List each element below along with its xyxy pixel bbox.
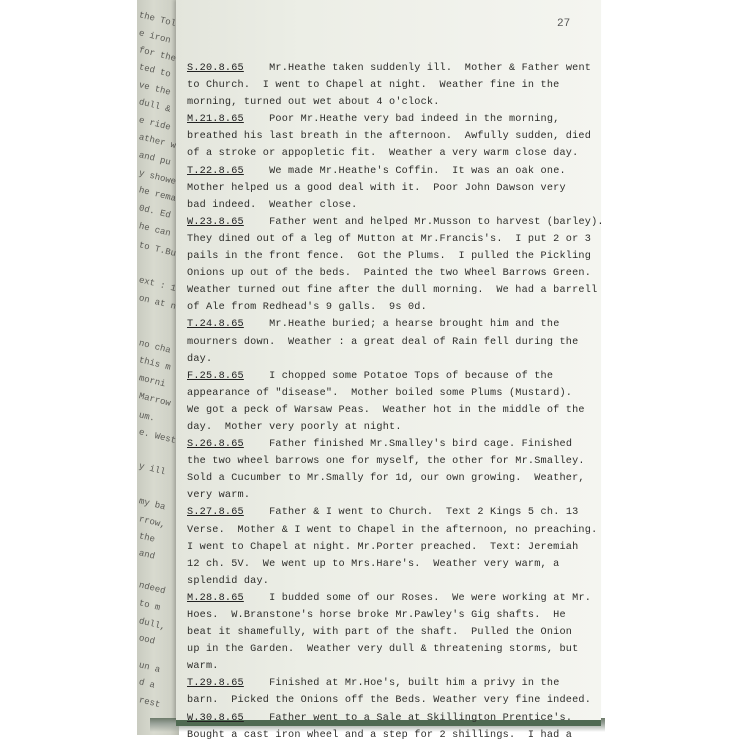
left-page-fragment: and pu <box>138 150 172 168</box>
left-page-fragment: y ill <box>138 461 167 477</box>
diary-entry-line: morning, turned out wet about 4 o'clock. <box>187 94 587 111</box>
entry-date: T.24.8.65 <box>187 319 244 330</box>
diary-entry-line: beat it shamefully, with part of the sha… <box>187 624 587 641</box>
left-page-fragment: rrow, <box>138 514 167 530</box>
left-page-fragment: ext : 1 <box>138 275 177 294</box>
entry-text: Father finished Mr.Smalley's bird cage. … <box>244 439 572 450</box>
entry-text: Father went to a Sale at Skillington Pre… <box>244 713 572 724</box>
diary-entry-first-line: W.30.8.65 Father went to a Sale at Skill… <box>187 710 587 727</box>
diary-entry-line: warm. <box>187 658 587 675</box>
diary-entry-line: 12 ch. 5V. We went up to Mrs.Hare's. Wea… <box>187 556 587 573</box>
diary-entry-line: They dined out of a leg of Mutton at Mr.… <box>187 231 587 248</box>
entry-text: Poor Mr.Heathe very bad indeed in the mo… <box>244 114 560 125</box>
entry-date: S.26.8.65 <box>187 439 244 450</box>
diary-entry-first-line: M.21.8.65 Poor Mr.Heathe very bad indeed… <box>187 111 587 128</box>
left-page-fragment: dull & <box>138 97 172 115</box>
left-page-fragment: ood <box>138 633 156 647</box>
diary-entry-line: up in the Garden. Weather very dull & th… <box>187 641 587 658</box>
entry-text: I chopped some Potatoe Tops of because o… <box>244 371 553 382</box>
diary-entry-first-line: T.22.8.65 We made Mr.Heathe's Coffin. It… <box>187 163 587 180</box>
diary-entry-line: of Ale from Redhead's 9 galls. 9s 0d. <box>187 299 587 316</box>
diary-entry-line: day. Mother very poorly at night. <box>187 419 587 436</box>
diary-entry-line: very warm. <box>187 487 587 504</box>
diary-entry-line: Onions up out of the beds. Painted the t… <box>187 265 587 282</box>
diary-entry-first-line: F.25.8.65 I chopped some Potatoe Tops of… <box>187 368 587 385</box>
diary-entry-line: the two wheel barrows one for myself, th… <box>187 453 587 470</box>
left-page-fragment: ather w <box>138 132 177 151</box>
diary-entry-line: pails in the front fence. Got the Plums.… <box>187 248 587 265</box>
diary-entry-line: Weather turned out fine after the dull m… <box>187 282 587 299</box>
diary-entry-line: bad indeed. Weather close. <box>187 197 587 214</box>
diary-entry-first-line: W.23.8.65 Father went and helped Mr.Muss… <box>187 214 587 231</box>
entry-date: T.22.8.65 <box>187 166 244 177</box>
diary-entry-first-line: S.27.8.65 Father & I went to Church. Tex… <box>187 504 587 521</box>
diary-entry-first-line: M.28.8.65 I budded some of our Roses. We… <box>187 590 587 607</box>
entry-text: Father went and helped Mr.Musson to harv… <box>244 217 604 228</box>
left-page-fragment: rest <box>138 695 161 710</box>
entry-text: Father & I went to Church. Text 2 Kings … <box>244 507 579 518</box>
left-page-fragment: my ba <box>138 496 167 512</box>
left-page-fragment: um. <box>138 410 156 424</box>
entry-text: Mr.Heathe buried; a hearse brought him a… <box>244 319 560 330</box>
entry-date: W.23.8.65 <box>187 217 244 228</box>
diary-entry-line: Hoes. W.Branstone's horse broke Mr.Pawle… <box>187 607 587 624</box>
left-page-fragment: ted to <box>138 62 172 80</box>
page-number: 27 <box>557 18 570 30</box>
diary-entry-line: of a stroke or appopletic fit. Weather a… <box>187 145 587 162</box>
entry-text: I budded some of our Roses. We were work… <box>244 593 591 604</box>
diary-entry-line: Sold a Cucumber to Mr.Smally for 1d, our… <box>187 470 587 487</box>
entry-date: F.25.8.65 <box>187 371 244 382</box>
left-page-fragment: no cha <box>138 338 172 356</box>
left-page-fragment: on at n <box>138 293 177 312</box>
left-page-fragment: for the <box>138 45 177 64</box>
diary-entry-line: to Church. I went to Chapel at night. We… <box>187 77 587 94</box>
diary-entry-first-line: T.24.8.65 Mr.Heathe buried; a hearse bro… <box>187 316 587 333</box>
diary-entry-first-line: S.26.8.65 Father finished Mr.Smalley's b… <box>187 436 587 453</box>
left-page-fragment: Marrow <box>138 391 172 409</box>
left-page-fragment: the <box>138 531 156 545</box>
left-page-fragment: he can <box>138 221 172 239</box>
adjacent-left-page: the Tolle iron stfor theted tove the Pdu… <box>137 0 179 735</box>
left-page-fragment: he rema <box>138 185 177 204</box>
diary-entry-line: splendid day. <box>187 573 587 590</box>
entry-date: W.30.8.65 <box>187 713 244 724</box>
diary-entry-line: I went to Chapel at night. Mr.Porter pre… <box>187 539 587 556</box>
entry-date: T.29.8.65 <box>187 678 244 689</box>
left-page-fragment: d a <box>138 677 156 691</box>
left-page-fragment: y showe <box>138 168 177 187</box>
entry-date: S.20.8.65 <box>187 63 244 74</box>
left-page-fragment: dull, <box>138 616 167 632</box>
diary-entry-line: Verse. Mother & I went to Chapel in the … <box>187 522 587 539</box>
entry-date: M.21.8.65 <box>187 114 244 125</box>
left-page-fragment: the Toll <box>138 10 179 30</box>
left-page-fragment: this m <box>138 355 172 373</box>
left-page-fragment: ndeed <box>138 580 167 596</box>
left-page-fragment: morni <box>138 373 167 389</box>
entry-text: Finished at Mr.Hoe's, built him a privy … <box>244 678 560 689</box>
diary-entry-line: We got a peck of Warsaw Peas. Weather ho… <box>187 402 587 419</box>
diary-entry-line: breathed his last breath in the afternoo… <box>187 128 587 145</box>
diary-entry-first-line: T.29.8.65 Finished at Mr.Hoe's, built hi… <box>187 675 587 692</box>
diary-entry-line: barn. Picked the Onions off the Beds. We… <box>187 692 587 709</box>
diary-entry-line: day. <box>187 351 587 368</box>
left-page-fragment: to T.Bu <box>138 240 177 259</box>
left-page-fragment: 0d. Ed <box>138 203 172 221</box>
left-page-fragment: e. West <box>138 427 177 446</box>
entry-date: M.28.8.65 <box>187 593 244 604</box>
diary-entry-line: appearance of "disease". Mother boiled s… <box>187 385 587 402</box>
entry-text: Mr.Heathe taken suddenly ill. Mother & F… <box>244 63 591 74</box>
entry-text: We made Mr.Heathe's Coffin. It was an oa… <box>244 166 566 177</box>
diary-text: S.20.8.65 Mr.Heathe taken suddenly ill. … <box>187 60 587 744</box>
diary-entry-first-line: S.20.8.65 Mr.Heathe taken suddenly ill. … <box>187 60 587 77</box>
diary-entry-line: mourners down. Weather : a great deal of… <box>187 334 587 351</box>
diary-entry-line: Bought a cast iron wheel and a step for … <box>187 727 587 744</box>
left-page-fragment: and <box>138 548 156 562</box>
diary-entry-line: Mother helped us a good deal with it. Po… <box>187 180 587 197</box>
left-page-fragment: un a <box>138 660 161 675</box>
left-page-fragment: to m <box>138 598 161 613</box>
entry-date: S.27.8.65 <box>187 507 244 518</box>
